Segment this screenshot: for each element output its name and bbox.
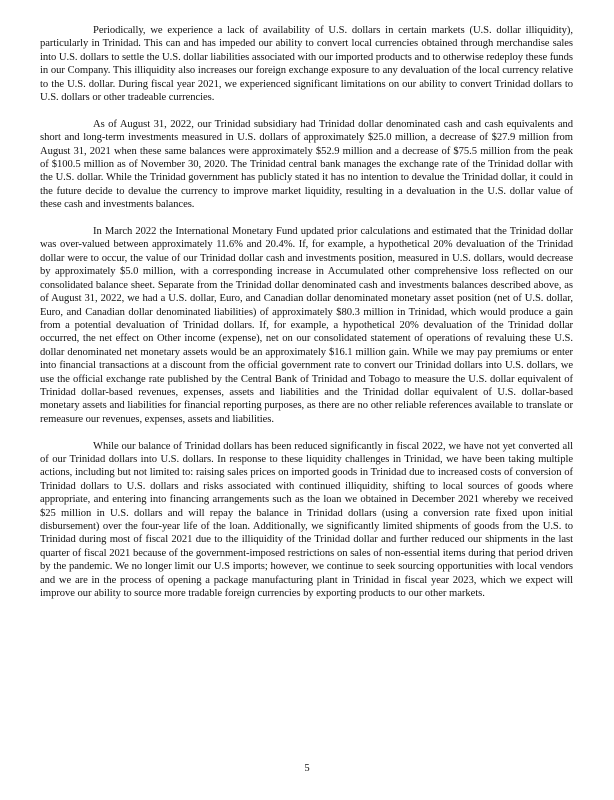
paragraph-imf-devaluation-estimate: In March 2022 the International Monetary… (40, 225, 573, 426)
paragraph-trinidad-cash-balances: As of August 31, 2022, our Trinidad subs… (40, 118, 573, 212)
paragraph-usd-illiquidity: Periodically, we experience a lack of av… (40, 24, 573, 104)
document-page: Periodically, we experience a lack of av… (40, 24, 573, 614)
page-number: 5 (0, 762, 614, 775)
paragraph-liquidity-actions: While our balance of Trinidad dollars ha… (40, 440, 573, 601)
